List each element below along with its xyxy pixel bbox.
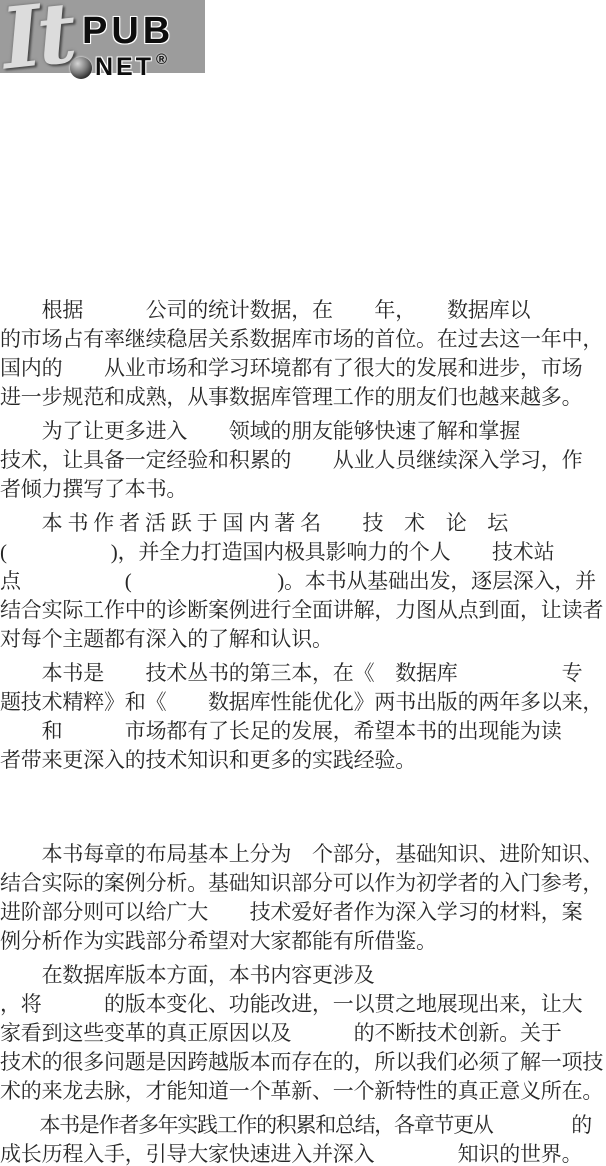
text-line: 国内的 从业市场和学习环境都有了很大的发展和进步，市场 <box>0 354 606 383</box>
logo-net-text: NET <box>95 55 154 80</box>
paragraph-2: 为了让更多进入 领域的朋友能够快速了解和掌握 技术，让具备一定经验和积累的 从业… <box>0 417 606 504</box>
logo-pub-text: PUB <box>82 10 174 52</box>
preface-text: 根据 公司的统计数据，在 年， 数据库以 的市场占有率继续稳居关系数据库市场的首… <box>0 296 606 1166</box>
paragraph-6: 在数据库版本方面，本书内容更涉及 ，将 的版本变化、功能改进，一以贯之地展现出来… <box>0 961 606 1106</box>
text-line: 对每个主题都有深入的了解和认识。 <box>0 625 606 654</box>
paragraph-1: 根据 公司的统计数据，在 年， 数据库以 的市场占有率继续稳居关系数据库市场的首… <box>0 296 606 412</box>
paragraph-4: 本书是 技术丛书的第三本，在《 数据库 专 题技术精粹》和《 数据库性能优化》两… <box>0 659 606 775</box>
text-line: 进一步规范和成熟，从事数据库管理工作的朋友们也越来越多。 <box>0 383 606 412</box>
text-line: 技术的很多问题是因跨越版本而存在的，所以我们必须了解一项技 <box>0 1048 606 1077</box>
text-line: 结合实际工作中的诊断案例进行全面讲解，力图从点到面，让读者 <box>0 596 606 625</box>
text-line: 进阶部分则可以给广大 技术爱好者作为深入学习的材料，案 <box>0 898 606 927</box>
text-line: 为了让更多进入 领域的朋友能够快速了解和掌握 <box>0 417 606 446</box>
text-line: ，将 的版本变化、功能改进，一以贯之地展现出来，让大 <box>0 990 606 1019</box>
text-line: 家看到这些变革的真正原因以及 的不断技术创新。关于 <box>0 1019 606 1048</box>
text-line: 者带来更深入的技术知识和更多的实践经验。 <box>0 746 606 775</box>
text-line: 本书是 技术丛书的第三本，在《 数据库 专 <box>0 659 606 688</box>
paragraph-7: 本书是作者多年实践工作的积累和总结，各章节更从 的 成长历程入手，引导大家快速进… <box>0 1111 606 1166</box>
paragraph-3: 本 书 作 者 活 跃 于 国 内 著 名 技 术 论 坛 ( )，并全力打造国… <box>0 509 606 654</box>
text-line: 的市场占有率继续稳居关系数据库市场的首位。在过去这一年中， <box>0 325 606 354</box>
text-line: 技术，让具备一定经验和积累的 从业人员继续深入学习，作 <box>0 446 606 475</box>
logo-dot-sphere-icon <box>70 57 92 79</box>
text-line: 成长历程入手，引导大家快速进入并深入 知识的世界。 <box>0 1140 606 1166</box>
scanned-book-page: It PUB NET ® 根据 公司的统计数据，在 年， 数据库以 的市场占有率… <box>0 0 606 1166</box>
logo-net-row: NET ® <box>70 55 165 80</box>
text-line: 本 书 作 者 活 跃 于 国 内 著 名 技 术 论 坛 <box>0 509 606 538</box>
logo-registered-mark: ® <box>156 51 167 68</box>
text-line: 例分析作为实践部分希望对大家都能有所借鉴。 <box>0 927 606 956</box>
text-line: 本书是作者多年实践工作的积累和总结，各章节更从 的 <box>0 1111 606 1140</box>
section-gap <box>0 780 606 840</box>
itpub-logo: It PUB NET ® <box>0 0 230 100</box>
text-line: 本书每章的布局基本上分为 个部分，基础知识、进阶知识、 <box>0 840 606 869</box>
text-line: 根据 公司的统计数据，在 年， 数据库以 <box>0 296 606 325</box>
text-line: 术的来龙去脉，才能知道一个革新、一个新特性的真正意义所在。 <box>0 1077 606 1106</box>
text-line: 题技术精粹》和《 数据库性能优化》两书出版的两年多以来， <box>0 688 606 717</box>
paragraph-5: 本书每章的布局基本上分为 个部分，基础知识、进阶知识、 结合实际的案例分析。基础… <box>0 840 606 956</box>
text-line: ( )，并全力打造国内极具影响力的个人 技术站 <box>0 538 606 567</box>
logo-it-script: It <box>0 0 77 89</box>
text-line: 结合实际的案例分析。基础知识部分可以作为初学者的入门参考， <box>0 869 606 898</box>
text-line: 者倾力撰写了本书。 <box>0 475 606 504</box>
text-line: 点 ( )。本书从基础出发，逐层深入，并 <box>0 567 606 596</box>
text-line: 在数据库版本方面，本书内容更涉及 <box>0 961 606 990</box>
text-line: 和 市场都有了长足的发展，希望本书的出现能为读 <box>0 717 606 746</box>
